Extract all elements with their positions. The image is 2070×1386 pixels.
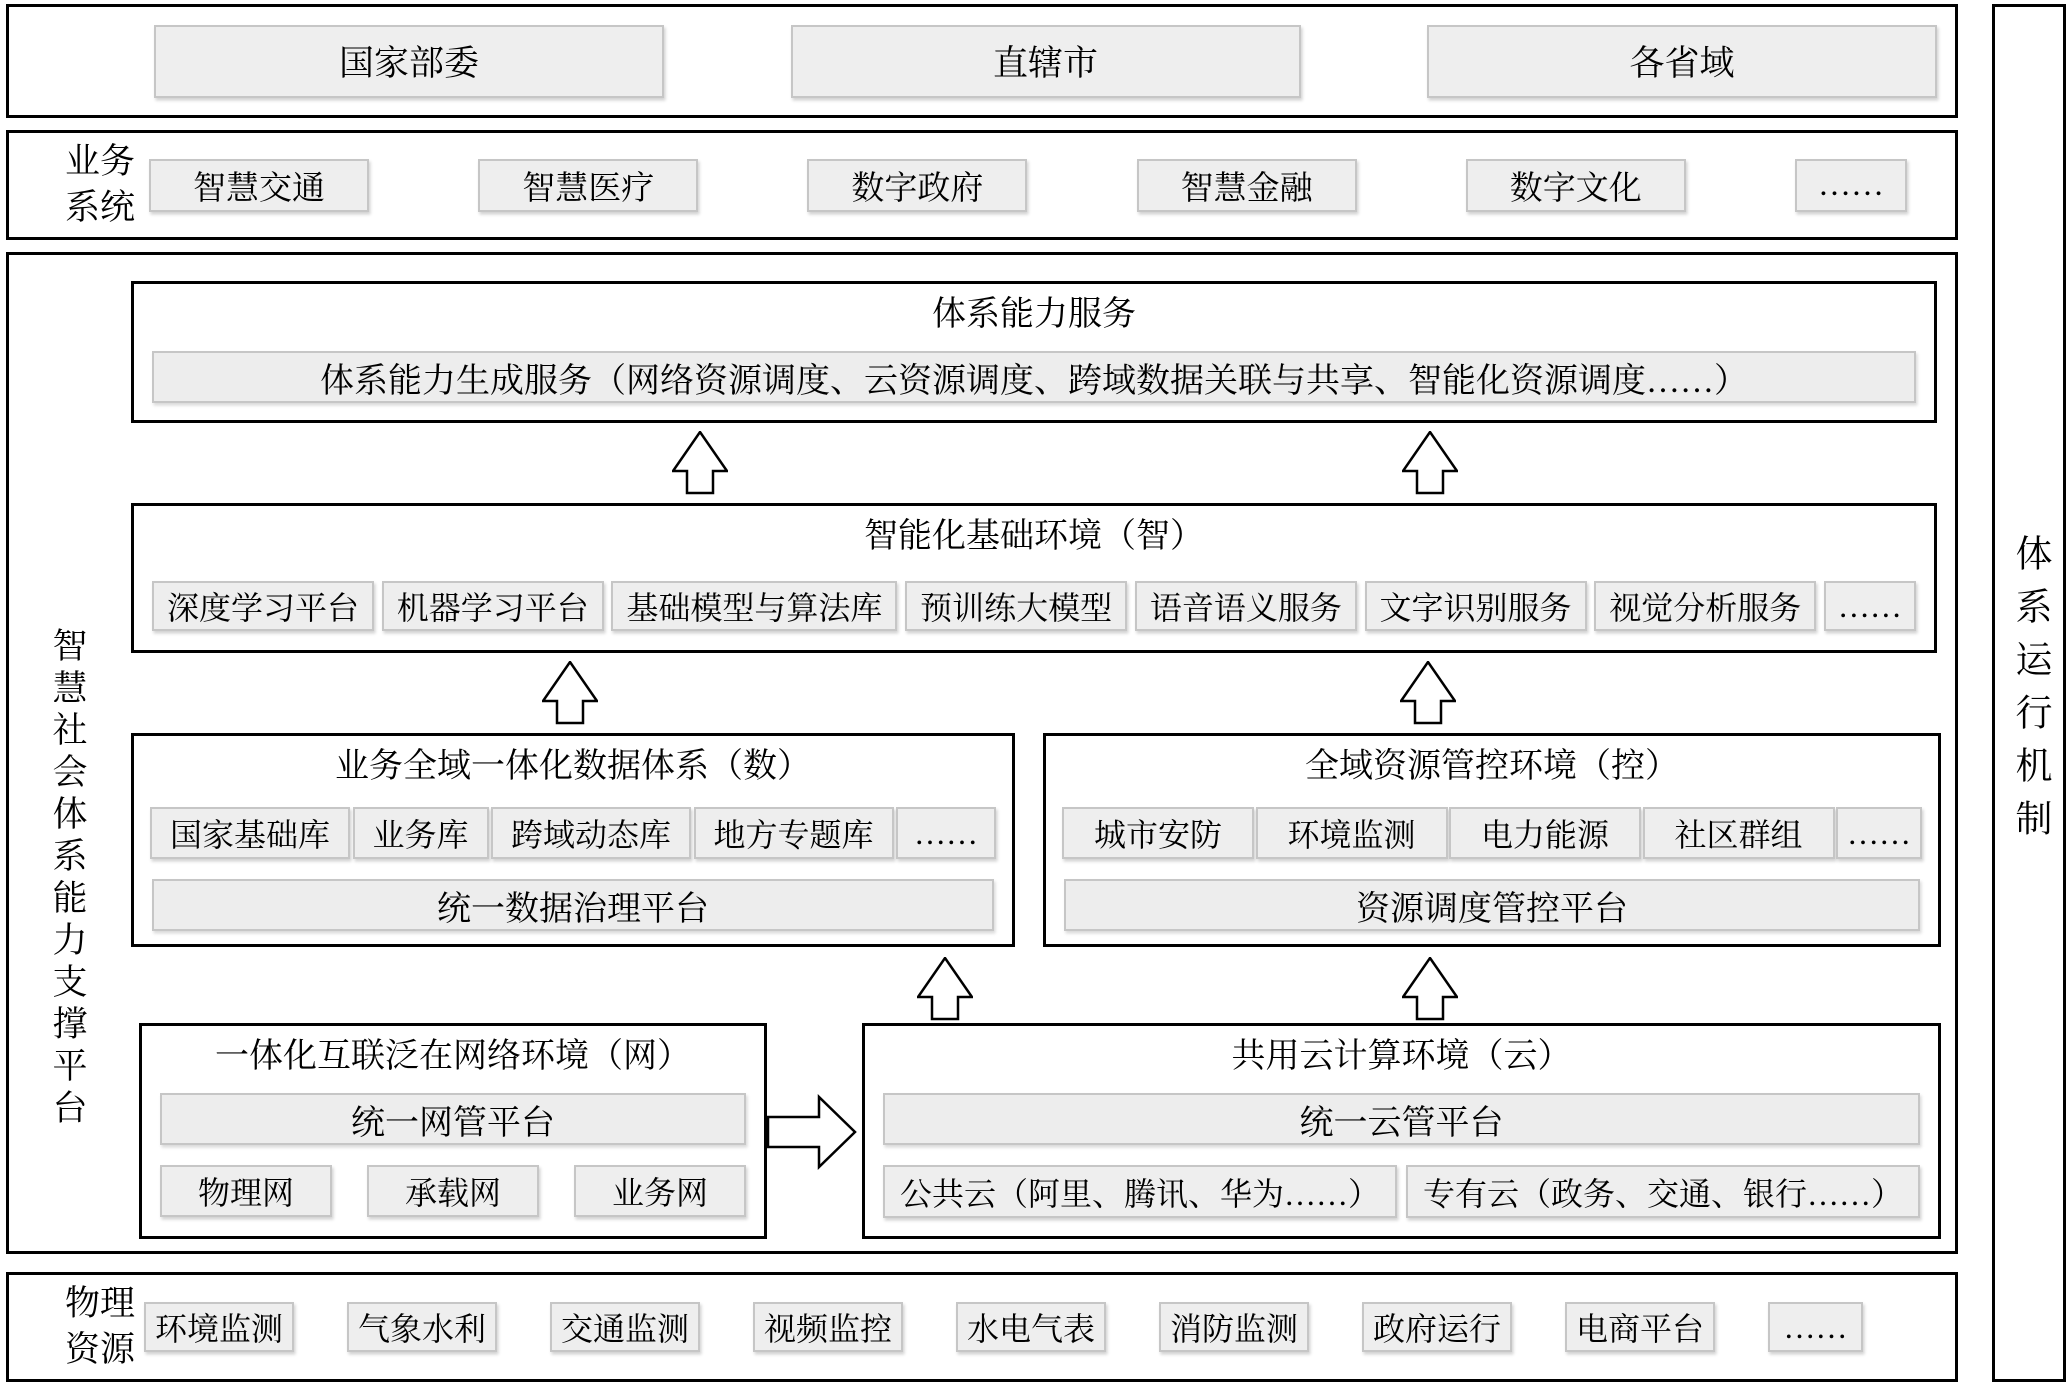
physical-item: 视频监控: [753, 1302, 903, 1352]
physical-item: 交通监测: [550, 1302, 700, 1352]
data-env-items: 国家基础库 业务库 跨域动态库 地方专题库 ……: [150, 807, 996, 859]
data-item: 地方专题库: [694, 807, 894, 859]
capability-service-title: 体系能力服务: [134, 293, 1934, 337]
control-item: 电力能源: [1449, 807, 1641, 859]
intelligence-env-title: 智能化基础环境（智）: [134, 515, 1934, 559]
business-systems-row: 业务 系统 智慧交通 智慧医疗 数字政府 智慧金融 数字文化 ……: [6, 130, 1958, 240]
intelligence-env-box: 智能化基础环境（智） 深度学习平台 机器学习平台 基础模型与算法库 预训练大模型…: [131, 503, 1937, 653]
cloud-management-platform-bar: 统一云管平台: [883, 1093, 1920, 1145]
business-system-item: 数字文化: [1466, 159, 1686, 212]
data-item: 跨域动态库: [491, 807, 691, 859]
up-arrow-icon: [917, 957, 973, 1021]
up-arrow-icon: [672, 431, 728, 495]
up-arrow-icon: [542, 661, 598, 725]
data-env-title: 业务全域一体化数据体系（数）: [134, 745, 1012, 789]
cloud-item: 公共云（阿里、腾讯、华为……）: [883, 1165, 1397, 1218]
right-arrow-icon: [766, 1094, 858, 1170]
intel-item: 预训练大模型: [905, 581, 1127, 631]
intel-item: 基础模型与算法库: [611, 581, 897, 631]
network-item: 业务网: [574, 1165, 746, 1217]
control-env-items: 城市安防 环境监测 电力能源 社区群组 ……: [1062, 807, 1922, 859]
capability-service-box: 体系能力服务 体系能力生成服务（网络资源调度、云资源调度、跨域数据关联与共享、智…: [131, 281, 1937, 423]
physical-item: 政府运行: [1362, 1302, 1512, 1352]
cloud-item: 专有云（政务、交通、银行……）: [1406, 1165, 1920, 1218]
physical-item: 气象水利: [347, 1302, 497, 1352]
tier-item: 各省域: [1427, 25, 1937, 98]
data-item: 业务库: [353, 807, 489, 859]
control-item: 城市安防: [1062, 807, 1254, 859]
physical-resources-label: 物理 资源: [55, 1281, 145, 1373]
physical-resources-row: 物理 资源 环境监测 气象水利 交通监测 视频监控 水电气表 消防监测 政府运行…: [6, 1272, 1958, 1382]
physical-item: 消防监测: [1159, 1302, 1309, 1352]
cloud-env-title: 共用云计算环境（云）: [865, 1035, 1938, 1079]
intel-item: 视觉分析服务: [1594, 581, 1816, 631]
data-governance-platform-bar: 统一数据治理平台: [152, 879, 994, 931]
resource-dispatch-platform-bar: 资源调度管控平台: [1064, 879, 1920, 931]
control-env-title: 全域资源管控环境（控）: [1046, 745, 1938, 789]
intel-item: 文字识别服务: [1365, 581, 1587, 631]
up-arrow-icon: [1402, 431, 1458, 495]
platform-box: 智慧社会体系能力支撑平台 体系能力服务 体系能力生成服务（网络资源调度、云资源调…: [6, 252, 1958, 1254]
physical-item: 环境监测: [144, 1302, 294, 1352]
tier-row: 国家部委 直辖市 各省域: [6, 4, 1958, 118]
system-operation-mechanism-bar: 体系运行机制: [1992, 4, 2066, 1382]
intel-item-ellipsis: ……: [1824, 581, 1916, 631]
business-systems-label: 业务 系统: [55, 139, 145, 231]
cloud-env-items: 公共云（阿里、腾讯、华为……） 专有云（政务、交通、银行……）: [883, 1165, 1920, 1218]
physical-item: 电商平台: [1565, 1302, 1715, 1352]
business-system-item: 智慧金融: [1137, 159, 1357, 212]
control-item-ellipsis: ……: [1836, 807, 1922, 859]
control-item: 环境监测: [1256, 807, 1448, 859]
platform-side-label: 智慧社会体系能力支撑平台: [45, 627, 89, 1137]
network-item: 承载网: [367, 1165, 539, 1217]
business-system-item: 数字政府: [807, 159, 1027, 212]
network-env-box: 一体化互联泛在网络环境（网） 统一网管平台 物理网 承载网 业务网: [139, 1023, 767, 1239]
physical-item-ellipsis: ……: [1768, 1302, 1863, 1352]
intel-item: 语音语义服务: [1135, 581, 1357, 631]
business-system-item: 智慧交通: [149, 159, 369, 212]
business-system-item: 智慧医疗: [478, 159, 698, 212]
network-management-platform-bar: 统一网管平台: [160, 1093, 746, 1145]
control-env-box: 全域资源管控环境（控） 城市安防 环境监测 电力能源 社区群组 …… 资源调度管…: [1043, 733, 1941, 947]
tier-item: 直辖市: [791, 25, 1301, 98]
up-arrow-icon: [1400, 661, 1456, 725]
capability-service-bar: 体系能力生成服务（网络资源调度、云资源调度、跨域数据关联与共享、智能化资源调度……: [152, 351, 1916, 403]
intelligence-env-items: 深度学习平台 机器学习平台 基础模型与算法库 预训练大模型 语音语义服务 文字识…: [152, 581, 1916, 631]
tier-item: 国家部委: [154, 25, 664, 98]
data-item-ellipsis: ……: [896, 807, 996, 859]
network-item: 物理网: [160, 1165, 332, 1217]
intel-item: 深度学习平台: [152, 581, 374, 631]
data-env-box: 业务全域一体化数据体系（数） 国家基础库 业务库 跨域动态库 地方专题库 …… …: [131, 733, 1015, 947]
up-arrow-icon: [1402, 957, 1458, 1021]
control-item: 社区群组: [1643, 807, 1835, 859]
cloud-env-box: 共用云计算环境（云） 统一云管平台 公共云（阿里、腾讯、华为……） 专有云（政务…: [862, 1023, 1941, 1239]
data-item: 国家基础库: [150, 807, 350, 859]
intel-item: 机器学习平台: [382, 581, 604, 631]
business-system-item-ellipsis: ……: [1795, 159, 1907, 212]
physical-item: 水电气表: [956, 1302, 1106, 1352]
network-env-title: 一体化互联泛在网络环境（网）: [142, 1035, 764, 1079]
network-env-items: 物理网 承载网 业务网: [160, 1165, 746, 1217]
